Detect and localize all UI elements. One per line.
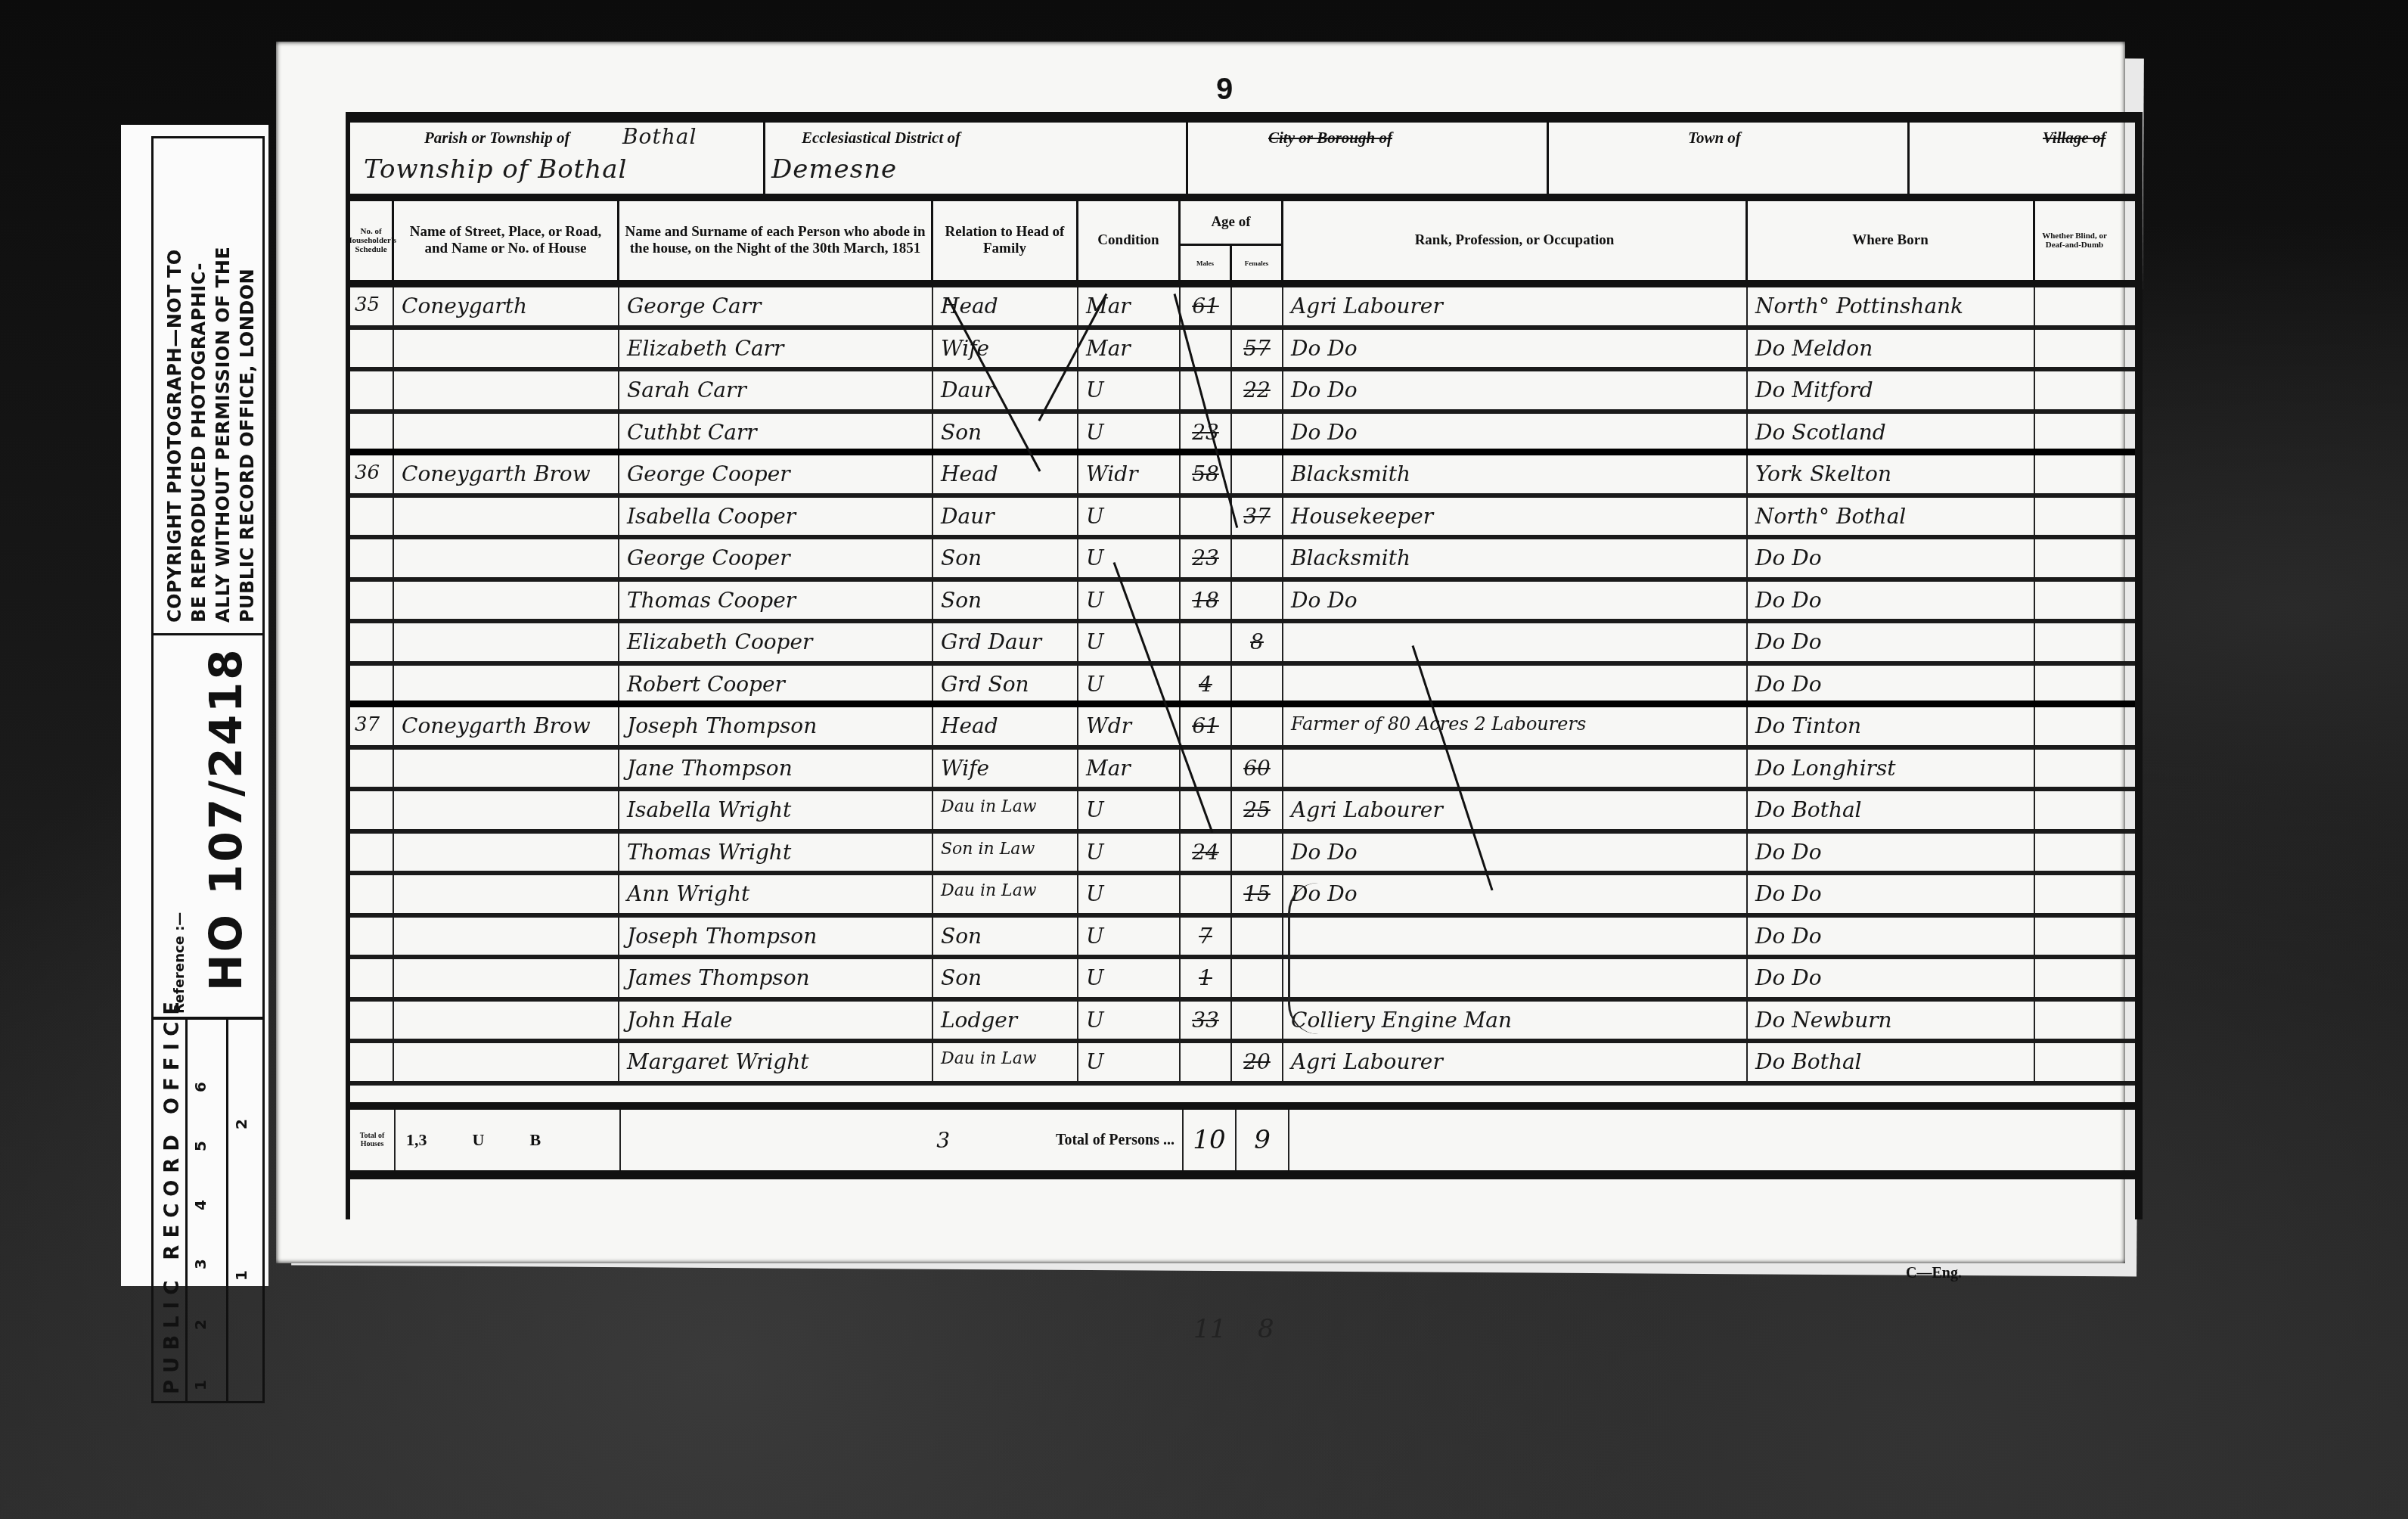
street xyxy=(394,582,619,620)
street xyxy=(394,330,619,368)
occupation: Farmer of 80 Acres 2 Labourers xyxy=(1283,707,1748,745)
condition: U xyxy=(1078,959,1181,997)
condition: Wdr xyxy=(1078,707,1181,745)
relation: Dau in Law xyxy=(933,1043,1078,1081)
age-male: 23 xyxy=(1181,539,1232,577)
public-record-office-box: PUBLIC RECORD OFFICE 1 2 3 4 5 6 1 2 xyxy=(151,1017,265,1403)
col-street: Name of Street, Place, or Road, and Name… xyxy=(394,201,619,280)
col-age-female: Females xyxy=(1232,246,1281,280)
street xyxy=(394,498,619,536)
street xyxy=(394,834,619,871)
table-row: James Thompson Son U 1 Do Do xyxy=(350,959,2135,1002)
scale-cm-3: 3 xyxy=(191,1259,209,1269)
village-cell: Village of xyxy=(1910,123,2135,194)
table-row: Elizabeth Cooper Grd Daur U 8 Do Do xyxy=(350,623,2135,666)
condition: Mar xyxy=(1078,750,1181,787)
age-male xyxy=(1181,371,1232,409)
relation: Son xyxy=(933,414,1078,449)
condition: U xyxy=(1078,666,1181,701)
where-born: North° Bothal xyxy=(1748,498,2035,536)
person-name: Thomas Cooper xyxy=(619,582,933,620)
occupation: Colliery Engine Man xyxy=(1283,1002,1748,1039)
scale-cm-4: 4 xyxy=(191,1200,209,1210)
blind-deaf xyxy=(2035,582,2114,620)
age-female xyxy=(1232,959,1283,997)
where-born: Do Do xyxy=(1748,666,2035,701)
street xyxy=(394,1043,619,1081)
table-row: Isabella Cooper Daur U 37 Housekeeper No… xyxy=(350,498,2135,540)
occupation: Blacksmith xyxy=(1283,455,1748,493)
where-born: Do Tinton xyxy=(1748,707,2035,745)
census-form: Parish or Township of Bothal Township of… xyxy=(346,112,2143,1219)
schedule-number xyxy=(350,959,394,997)
scale-in-2: 2 xyxy=(232,1119,250,1129)
person-name: Joseph Thompson xyxy=(619,918,933,955)
street xyxy=(394,666,619,701)
relation: Head xyxy=(933,455,1078,493)
condition: U xyxy=(1078,414,1181,449)
village-label: Village of xyxy=(2043,129,2105,148)
blind-deaf xyxy=(2035,1043,2114,1081)
occupation: Blacksmith xyxy=(1283,539,1748,577)
scale-in-1: 1 xyxy=(232,1270,250,1281)
person-name: Joseph Thompson xyxy=(619,707,933,745)
schedule-number xyxy=(350,414,394,449)
blind-deaf xyxy=(2035,539,2114,577)
person-name: Elizabeth Carr xyxy=(619,330,933,368)
ecclesiastical-cell: Ecclesiastical District of Demesne xyxy=(765,123,1188,194)
person-name: Robert Cooper xyxy=(619,666,933,701)
copyright-line-1: COPYRIGHT PHOTOGRAPH—NOT TO xyxy=(164,249,185,623)
total-females: 9 xyxy=(1235,1110,1289,1170)
condition: U xyxy=(1078,875,1181,913)
col-condition: Condition xyxy=(1078,201,1181,280)
where-born: Do Longhirst xyxy=(1748,750,2035,787)
person-name: Isabella Wright xyxy=(619,791,933,829)
table-row: Ann Wright Dau in Law U 15 Do Do Do Do xyxy=(350,875,2135,918)
blind-deaf xyxy=(2035,918,2114,955)
age-female: 25 xyxy=(1232,791,1283,829)
schedule-number xyxy=(350,918,394,955)
occupation: Do Do xyxy=(1283,834,1748,871)
age-male xyxy=(1181,623,1232,661)
person-name: Cuthbt Carr xyxy=(619,414,933,449)
occupation: Do Do xyxy=(1283,330,1748,368)
relation: Dau in Law xyxy=(933,791,1078,829)
totals-row: Total of Houses 1,3 U B 3 Total of Perso… xyxy=(350,1102,2135,1179)
relation: Son xyxy=(933,539,1078,577)
table-row: Cuthbt Carr Son U 23 Do Do Do Scotland xyxy=(350,414,2135,456)
person-name: Margaret Wright xyxy=(619,1043,933,1081)
where-born: Do Scotland xyxy=(1748,414,2035,449)
building-label: B xyxy=(529,1130,541,1150)
where-born: Do Do xyxy=(1748,582,2035,620)
occupation: Do Do xyxy=(1283,371,1748,409)
schedule-number: 35 xyxy=(350,287,394,325)
age-female xyxy=(1232,1002,1283,1039)
total-persons-cell: 3 Total of Persons ... xyxy=(621,1110,1182,1170)
age-female xyxy=(1232,707,1283,745)
uninhabited-label: U xyxy=(473,1130,485,1150)
age-male xyxy=(1181,875,1232,913)
street: Coneygarth Brow xyxy=(394,455,619,493)
table-row: Elizabeth Carr Wife Mar 57 Do Do Do Meld… xyxy=(350,330,2135,372)
schedule-number xyxy=(350,623,394,661)
ecclesiastical-label: Ecclesiastical District of xyxy=(802,129,960,148)
table-row: Joseph Thompson Son U 7 Do Do xyxy=(350,918,2135,960)
age-male: 18 xyxy=(1181,582,1232,620)
age-female: 60 xyxy=(1232,750,1283,787)
scale-cm-6: 6 xyxy=(191,1082,209,1092)
relation: Grd Son xyxy=(933,666,1078,701)
occupation: Agri Labourer xyxy=(1283,791,1748,829)
schedule-number xyxy=(350,1002,394,1039)
age-female: 57 xyxy=(1232,330,1283,368)
condition: U xyxy=(1078,918,1181,955)
blind-deaf xyxy=(2035,875,2114,913)
schedule-number xyxy=(350,875,394,913)
age-male: 61 xyxy=(1181,707,1232,745)
table-row: Thomas Wright Son in Law U 24 Do Do Do D… xyxy=(350,834,2135,876)
street xyxy=(394,791,619,829)
street: Coneygarth Brow xyxy=(394,707,619,745)
table-row: Margaret Wright Dau in Law U 20 Agri Lab… xyxy=(350,1043,2135,1086)
where-born: Do Do xyxy=(1748,623,2035,661)
page-tally-female: 8 xyxy=(1258,1314,1274,1344)
table-row: Robert Cooper Grd Son U 4 Do Do xyxy=(350,666,2135,708)
schedule-number xyxy=(350,666,394,701)
person-name: Thomas Wright xyxy=(619,834,933,871)
copyright-notice: COPYRIGHT PHOTOGRAPH—NOT TO BE REPRODUCE… xyxy=(151,136,265,635)
col-blind-deaf: Whether Blind, or Deaf-and-Dumb xyxy=(2035,201,2114,280)
table-row: 36 Coneygarth Brow George Cooper Head Wi… xyxy=(350,455,2135,498)
person-name: Sarah Carr xyxy=(619,371,933,409)
age-female: 37 xyxy=(1232,498,1283,536)
table-row: Jane Thompson Wife Mar 60 Do Longhirst xyxy=(350,750,2135,792)
where-born: Do Do xyxy=(1748,918,2035,955)
condition: U xyxy=(1078,582,1181,620)
schedule-number xyxy=(350,498,394,536)
street xyxy=(394,414,619,449)
relation: Daur xyxy=(933,371,1078,409)
age-male: 7 xyxy=(1181,918,1232,955)
person-name: George Cooper xyxy=(619,455,933,493)
street xyxy=(394,623,619,661)
schedule-number xyxy=(350,750,394,787)
inhabited-count: 1,3 xyxy=(406,1130,427,1150)
where-born: North° Pottinshank xyxy=(1748,287,2035,325)
age-female xyxy=(1232,414,1283,449)
relation: Son xyxy=(933,959,1078,997)
table-row: Isabella Wright Dau in Law U 25 Agri Lab… xyxy=(350,791,2135,834)
copyright-line-3: ALLY WITHOUT PERMISSION OF THE xyxy=(213,247,234,623)
person-name: Isabella Cooper xyxy=(619,498,933,536)
schedule-number: 36 xyxy=(350,455,394,493)
page-number: 9 xyxy=(1216,73,1233,107)
street xyxy=(394,750,619,787)
age-female xyxy=(1232,539,1283,577)
relation: Son in Law xyxy=(933,834,1078,871)
age-male xyxy=(1181,791,1232,829)
schedule-number xyxy=(350,1043,394,1081)
table-row: Sarah Carr Daur U 22 Do Do Do Mitford xyxy=(350,371,2135,414)
blind-deaf xyxy=(2035,750,2114,787)
copyright-line-4: PUBLIC RECORD OFFICE, LONDON xyxy=(237,269,258,623)
town-label: Town of xyxy=(1688,129,1741,148)
street xyxy=(394,918,619,955)
condition: U xyxy=(1078,498,1181,536)
condition: U xyxy=(1078,623,1181,661)
total-persons-label: Total of Persons ... xyxy=(1056,1132,1175,1149)
blind-deaf xyxy=(2035,287,2114,325)
relation: Dau in Law xyxy=(933,875,1078,913)
where-born: Do Do xyxy=(1748,539,2035,577)
scale-cm-2: 2 xyxy=(191,1319,209,1330)
schedule-number: 37 xyxy=(350,707,394,745)
parish-label: Parish or Township of xyxy=(424,129,569,148)
age-female: 20 xyxy=(1232,1043,1283,1081)
person-name: John Hale xyxy=(619,1002,933,1039)
age-female xyxy=(1232,918,1283,955)
street xyxy=(394,875,619,913)
relation: Daur xyxy=(933,498,1078,536)
where-born: Do Bothal xyxy=(1748,1043,2035,1081)
census-entries: 35 Coneygarth George Carr Head Mar 61 Ag… xyxy=(350,287,2135,1086)
blind-deaf xyxy=(2035,959,2114,997)
total-houses-label: Total of Houses xyxy=(350,1110,396,1170)
blind-deaf xyxy=(2035,414,2114,449)
condition: U xyxy=(1078,1002,1181,1039)
person-name: James Thompson xyxy=(619,959,933,997)
relation: Head xyxy=(933,707,1078,745)
occupation: Agri Labourer xyxy=(1283,1043,1748,1081)
age-female xyxy=(1232,834,1283,871)
relation: Grd Daur xyxy=(933,623,1078,661)
age-female: 22 xyxy=(1232,371,1283,409)
col-relation: Relation to Head of Family xyxy=(933,201,1078,280)
column-headers: No. of Householder's Schedule Name of St… xyxy=(350,201,2135,287)
parish-cell: Parish or Township of Bothal Township of… xyxy=(350,123,765,194)
table-row: George Cooper Son U 23 Blacksmith Do Do xyxy=(350,539,2135,582)
table-row: Thomas Cooper Son U 18 Do Do Do Do xyxy=(350,582,2135,624)
occupation: Do Do xyxy=(1283,582,1748,620)
relation: Lodger xyxy=(933,1002,1078,1039)
scale-cm-5: 5 xyxy=(191,1141,209,1151)
age-female xyxy=(1232,287,1283,325)
total-males: 10 xyxy=(1182,1110,1235,1170)
schedule-number xyxy=(350,539,394,577)
blind-deaf xyxy=(2035,834,2114,871)
age-male: 4 xyxy=(1181,666,1232,701)
street xyxy=(394,1002,619,1039)
relation: Wife xyxy=(933,330,1078,368)
page-tally-male: 11 xyxy=(1193,1314,1226,1344)
schedule-count: 3 xyxy=(936,1128,950,1153)
blind-deaf xyxy=(2035,455,2114,493)
age-female xyxy=(1232,666,1283,701)
occupation-bracket xyxy=(1288,883,1320,1034)
reference-value: HO 107/2418 xyxy=(200,647,252,991)
person-name: Elizabeth Cooper xyxy=(619,623,933,661)
ecclesiastical-value: Demesne xyxy=(771,154,897,185)
age-female: 15 xyxy=(1232,875,1283,913)
parish-value: Bothal xyxy=(622,124,697,149)
age-male: 33 xyxy=(1181,1002,1232,1039)
person-name: Ann Wright xyxy=(619,875,933,913)
condition: U xyxy=(1078,371,1181,409)
condition: Widr xyxy=(1078,455,1181,493)
scale-cm-1: 1 xyxy=(191,1380,209,1390)
age-male xyxy=(1181,1043,1232,1081)
occupation: Do Do xyxy=(1283,414,1748,449)
blind-deaf xyxy=(2035,707,2114,745)
person-name: Jane Thompson xyxy=(619,750,933,787)
city-cell: City or Borough of xyxy=(1188,123,1549,194)
reference-box: Reference :— HO 107/2418 xyxy=(151,633,265,1019)
copyright-line-2: BE REPRODUCED PHOTOGRAPHIC- xyxy=(188,262,209,623)
relation: Son xyxy=(933,918,1078,955)
person-name: George Carr xyxy=(619,287,933,325)
col-age: Age of Males Females xyxy=(1181,201,1283,280)
occupation: Do Do xyxy=(1283,875,1748,913)
where-born: Do Bothal xyxy=(1748,791,2035,829)
age-male: 61 xyxy=(1181,287,1232,325)
where-born: Do Meldon xyxy=(1748,330,2035,368)
table-row: 35 Coneygarth George Carr Head Mar 61 Ag… xyxy=(350,287,2135,330)
schedule-number xyxy=(350,791,394,829)
schedule-number xyxy=(350,371,394,409)
where-born: Do Mitford xyxy=(1748,371,2035,409)
age-female xyxy=(1232,455,1283,493)
occupation: Housekeeper xyxy=(1283,498,1748,536)
form-code: C—Eng. xyxy=(1906,1265,1962,1282)
occupation xyxy=(1283,750,1748,787)
parish-note: Township of Bothal xyxy=(364,154,627,185)
age-male: 24 xyxy=(1181,834,1232,871)
age-male: 1 xyxy=(1181,959,1232,997)
condition: Mar xyxy=(1078,330,1181,368)
city-label: City or Borough of xyxy=(1268,129,1392,148)
col-age-male: Males xyxy=(1181,246,1232,280)
condition: U xyxy=(1078,791,1181,829)
schedule-number xyxy=(350,582,394,620)
street xyxy=(394,371,619,409)
relation: Head xyxy=(933,287,1078,325)
occupation xyxy=(1283,959,1748,997)
age-female: 8 xyxy=(1232,623,1283,661)
col-schedule: No. of Householder's Schedule xyxy=(350,201,394,280)
blind-deaf xyxy=(2035,1002,2114,1039)
total-houses: 1,3 U B xyxy=(396,1110,621,1170)
where-born: Do Do xyxy=(1748,959,2035,997)
age-male xyxy=(1181,498,1232,536)
town-cell: Town of xyxy=(1549,123,1910,194)
relation: Wife xyxy=(933,750,1078,787)
col-age-label: Age of xyxy=(1181,201,1281,246)
occupation xyxy=(1283,623,1748,661)
blind-deaf xyxy=(2035,330,2114,368)
blind-deaf xyxy=(2035,371,2114,409)
blind-deaf xyxy=(2035,791,2114,829)
street: Coneygarth xyxy=(394,287,619,325)
condition: U xyxy=(1078,834,1181,871)
table-row: John Hale Lodger U 33 Colliery Engine Ma… xyxy=(350,1002,2135,1044)
occupation xyxy=(1283,918,1748,955)
schedule-number xyxy=(350,330,394,368)
col-occupation: Rank, Profession, or Occupation xyxy=(1283,201,1748,280)
condition: U xyxy=(1078,1043,1181,1081)
occupation: Agri Labourer xyxy=(1283,287,1748,325)
schedule-number xyxy=(350,834,394,871)
blind-deaf xyxy=(2035,498,2114,536)
where-born: Do Newburn xyxy=(1748,1002,2035,1039)
office-label: PUBLIC RECORD OFFICE xyxy=(161,995,184,1394)
location-header: Parish or Township of Bothal Township of… xyxy=(350,123,2135,201)
occupation xyxy=(1283,666,1748,701)
person-name: George Cooper xyxy=(619,539,933,577)
where-born: York Skelton xyxy=(1748,455,2035,493)
age-female xyxy=(1232,582,1283,620)
relation: Son xyxy=(933,582,1078,620)
blind-deaf xyxy=(2035,666,2114,701)
where-born: Do Do xyxy=(1748,875,2035,913)
table-row: 37 Coneygarth Brow Joseph Thompson Head … xyxy=(350,707,2135,750)
blind-deaf xyxy=(2035,623,2114,661)
condition: U xyxy=(1078,539,1181,577)
reference-card: COPYRIGHT PHOTOGRAPH—NOT TO BE REPRODUCE… xyxy=(121,125,268,1286)
col-name: Name and Surname of each Person who abod… xyxy=(619,201,933,280)
col-where-born: Where Born xyxy=(1748,201,2035,280)
where-born: Do Do xyxy=(1748,834,2035,871)
street xyxy=(394,539,619,577)
age-male: 58 xyxy=(1181,455,1232,493)
street xyxy=(394,959,619,997)
